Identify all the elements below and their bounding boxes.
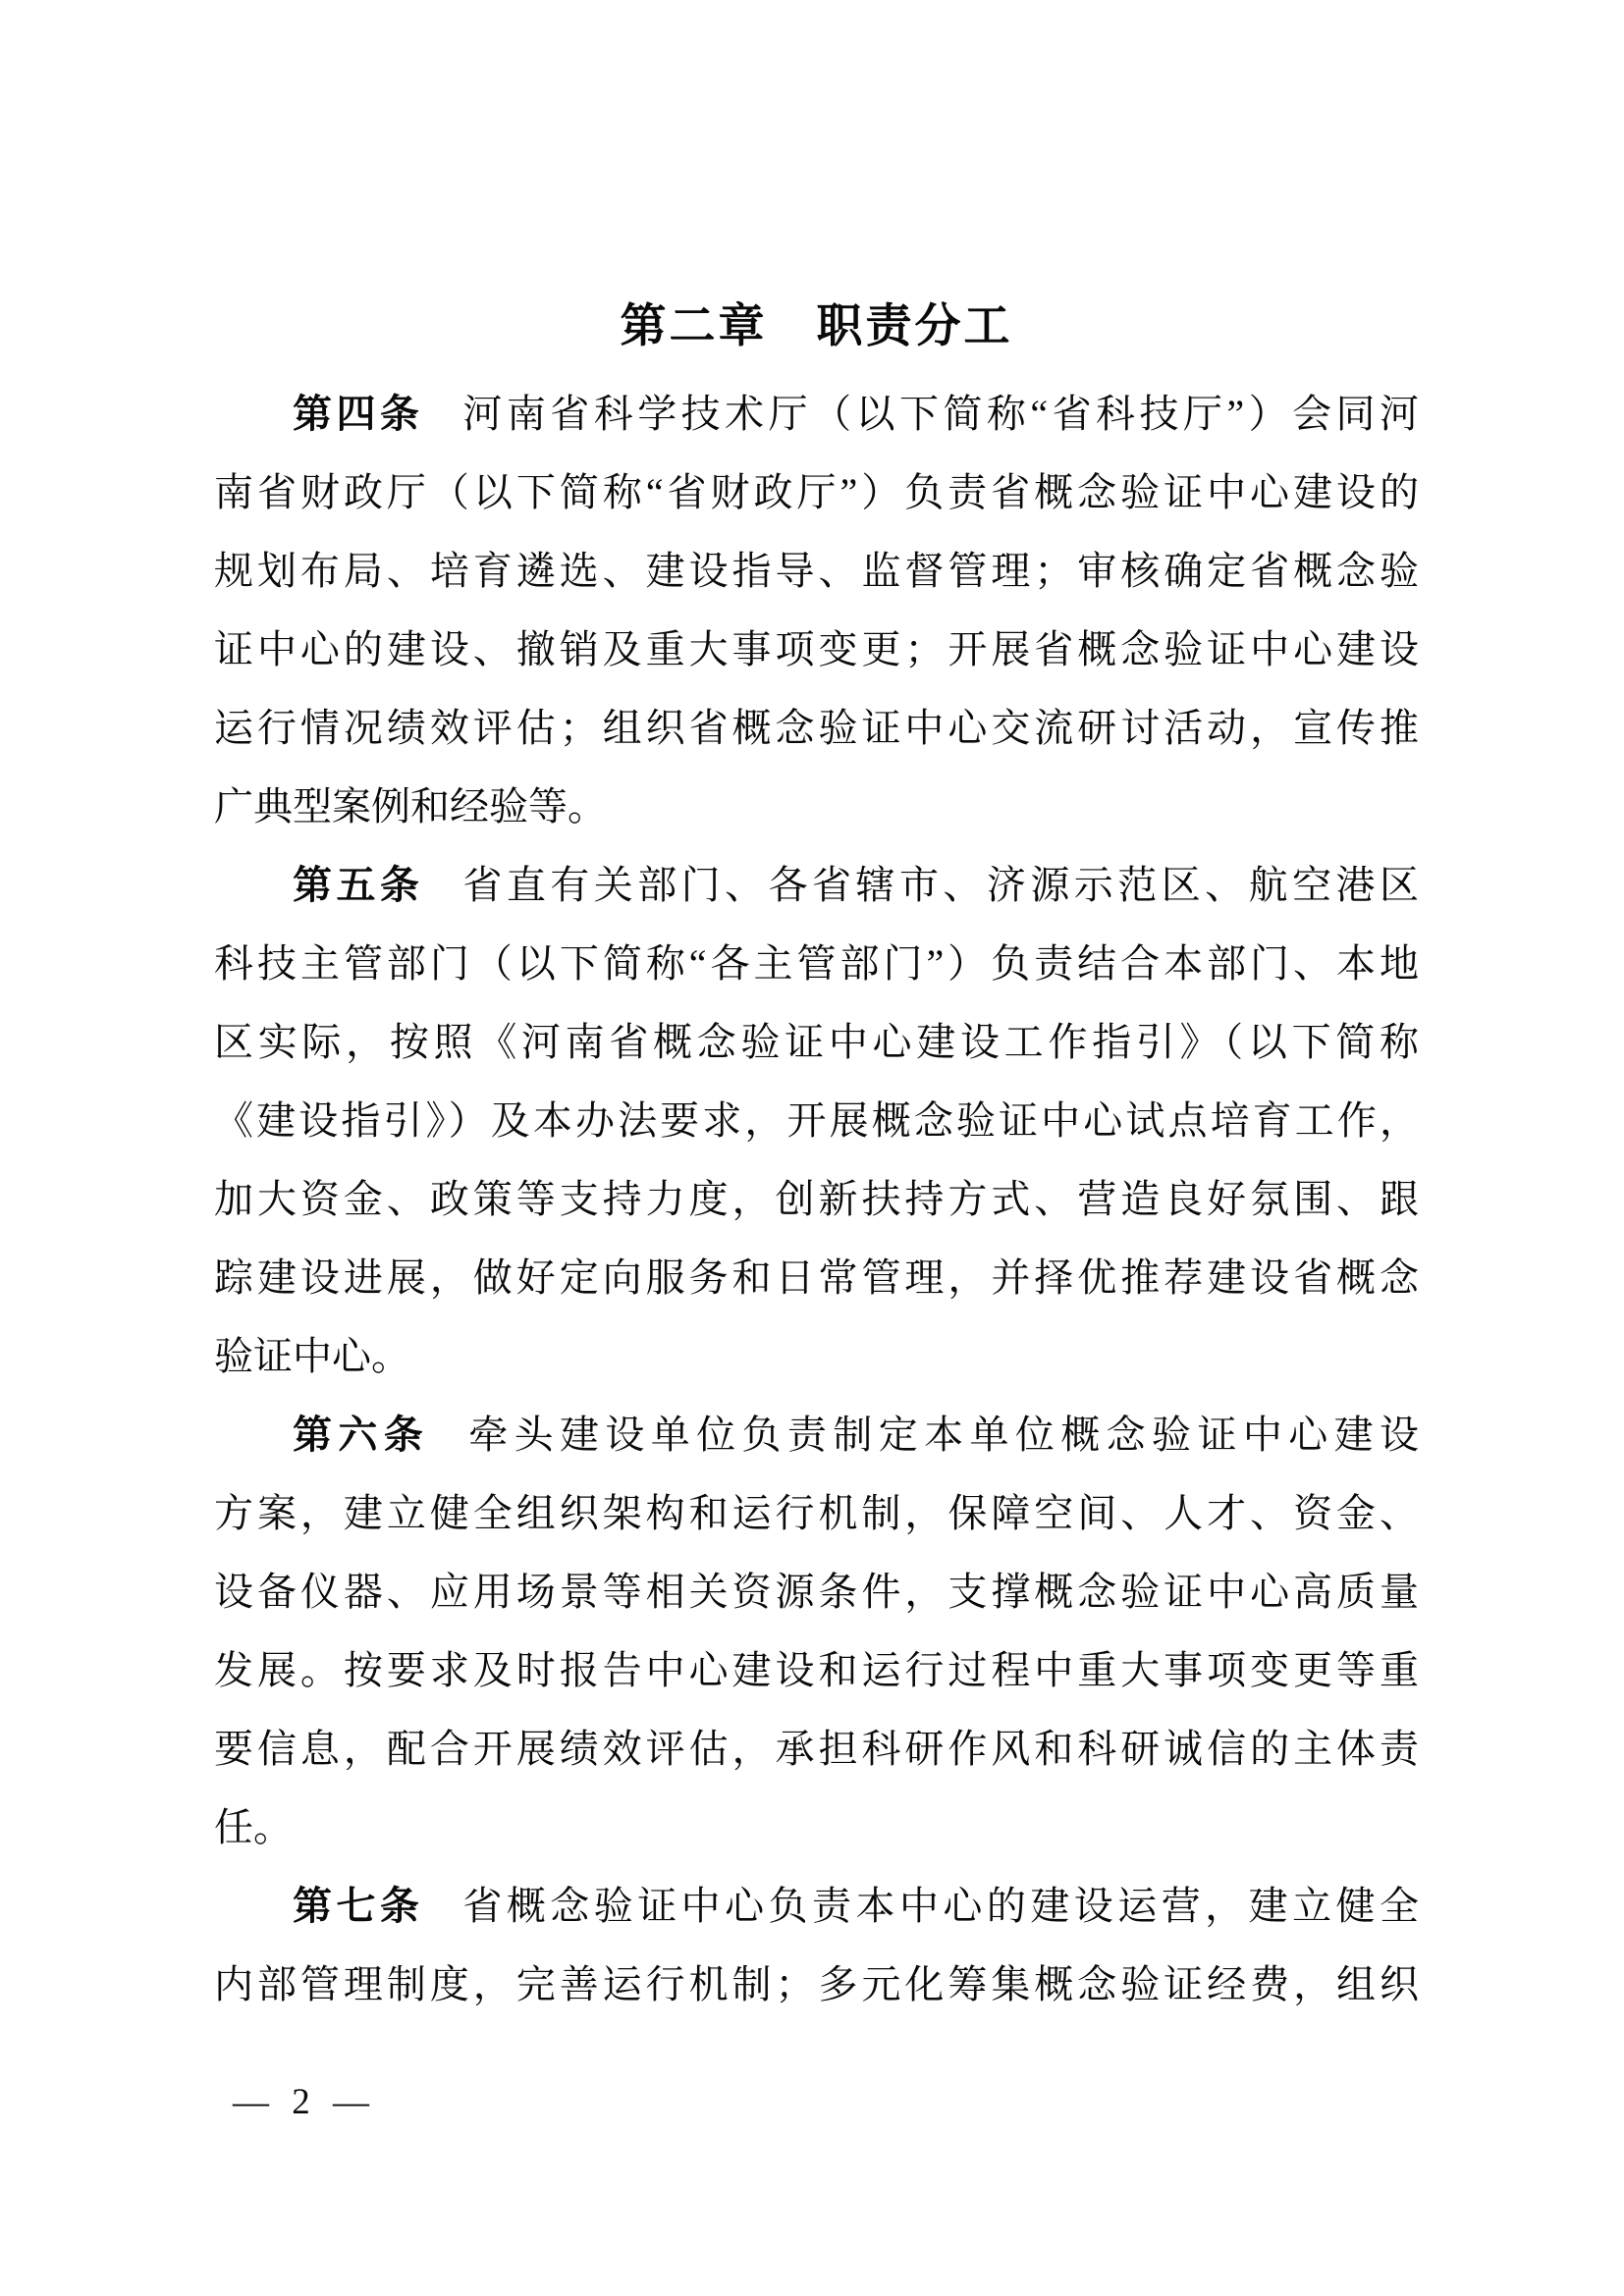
text-line: 任。 <box>214 1789 1419 1867</box>
line-text: 省直有关部门、各省辖市、济源示范区、航空港区 <box>462 863 1419 907</box>
paragraph: 第六条牵头建设单位负责制定本单位概念验证中心建设方案，建立健全组织架构和运行机制… <box>214 1396 1419 1867</box>
text-line: 方案，建立健全组织架构和运行机制，保障空间、人才、资金、 <box>214 1474 1419 1553</box>
text-line: 要信息，配合开展绩效评估，承担科研作风和科研诚信的主体责 <box>214 1710 1419 1789</box>
line-text: 要信息，配合开展绩效评估，承担科研作风和科研诚信的主体责 <box>214 1727 1419 1771</box>
text-line: 区实际，按照《河南省概念验证中心建设工作指引》（以下简称 <box>214 1003 1419 1082</box>
line-text: 牵头建设单位负责制定本单位概念验证中心建设 <box>468 1413 1419 1457</box>
line-text: 规划布局、培育遴选、建设指导、监督管理；审核确定省概念验 <box>214 549 1419 593</box>
paragraph: 第四条河南省科学技术厅（以下简称“省科技厅”）会同河南省财政厅（以下简称“省财政… <box>214 375 1419 846</box>
line-text: 南省财政厅（以下简称“省财政厅”）负责省概念验证中心建设的 <box>214 470 1419 514</box>
paragraph: 第七条省概念验证中心负责本中心的建设运营，建立健全内部管理制度，完善运行机制；多… <box>214 1867 1419 2024</box>
text-line: 科技主管部门（以下简称“各主管部门”）负责结合本部门、本地 <box>214 925 1419 1003</box>
text-line: 广典型案例和经验等。 <box>214 768 1419 846</box>
text-line: 第七条省概念验证中心负责本中心的建设运营，建立健全 <box>214 1867 1419 1946</box>
line-text: 加大资金、政策等支持力度，创新扶持方式、营造良好氛围、跟 <box>214 1177 1419 1221</box>
paragraph: 第五条省直有关部门、各省辖市、济源示范区、航空港区科技主管部门（以下简称“各主管… <box>214 846 1419 1396</box>
article-label: 第五条 <box>293 864 423 907</box>
text-line: 《建设指引》）及本办法要求，开展概念验证中心试点培育工作， <box>214 1082 1419 1160</box>
text-line: 设备仪器、应用场景等相关资源条件，支撑概念验证中心高质量 <box>214 1553 1419 1631</box>
text-line: 发展。按要求及时报告中心建设和运行过程中重大事项变更等重 <box>214 1631 1419 1710</box>
line-text: 内部管理制度，完善运行机制；多元化筹集概念验证经费，组织 <box>214 1962 1419 2006</box>
line-text: 证中心的建设、撤销及重大事项变更；开展省概念验证中心建设 <box>214 627 1419 671</box>
line-text: 任。 <box>214 1805 293 1849</box>
text-line: 加大资金、政策等支持力度，创新扶持方式、营造良好氛围、跟 <box>214 1160 1419 1239</box>
article-label: 第六条 <box>293 1414 429 1457</box>
text-line: 第六条牵头建设单位负责制定本单位概念验证中心建设 <box>214 1396 1419 1474</box>
line-text: 区实际，按照《河南省概念验证中心建设工作指引》（以下简称 <box>214 1020 1419 1064</box>
article-label: 第七条 <box>293 1885 423 1928</box>
text-line: 运行情况绩效评估；组织省概念验证中心交流研讨活动，宣传推 <box>214 689 1419 768</box>
text-line: 证中心的建设、撤销及重大事项变更；开展省概念验证中心建设 <box>214 611 1419 689</box>
text-line: 验证中心。 <box>214 1317 1419 1396</box>
text-line: 南省财政厅（以下简称“省财政厅”）负责省概念验证中心建设的 <box>214 454 1419 532</box>
line-text: 验证中心。 <box>214 1334 410 1378</box>
text-line: 规划布局、培育遴选、建设指导、监督管理；审核确定省概念验 <box>214 532 1419 611</box>
article-label: 第四条 <box>293 393 423 436</box>
paragraphs-container: 第四条河南省科学技术厅（以下简称“省科技厅”）会同河南省财政厅（以下简称“省财政… <box>214 375 1419 2024</box>
chapter-heading: 第二章 职责分工 <box>214 294 1419 357</box>
line-text: 科技主管部门（以下简称“各主管部门”）负责结合本部门、本地 <box>214 941 1419 986</box>
text-line: 内部管理制度，完善运行机制；多元化筹集概念验证经费，组织 <box>214 1946 1419 2024</box>
line-text: 《建设指引》）及本办法要求，开展概念验证中心试点培育工作， <box>214 1098 1419 1143</box>
line-text: 发展。按要求及时报告中心建设和运行过程中重大事项变更等重 <box>214 1648 1419 1692</box>
line-text: 河南省科学技术厅（以下简称“省科技厅”）会同河 <box>462 392 1419 436</box>
document-body: 第二章 职责分工 第四条河南省科学技术厅（以下简称“省科技厅”）会同河南省财政厅… <box>214 294 1419 2024</box>
line-text: 运行情况绩效评估；组织省概念验证中心交流研讨活动，宣传推 <box>214 706 1419 750</box>
line-text: 踪建设进展，做好定向服务和日常管理，并择优推荐建设省概念 <box>214 1255 1419 1300</box>
line-text: 方案，建立健全组织架构和运行机制，保障空间、人才、资金、 <box>214 1491 1419 1535</box>
line-text: 设备仪器、应用场景等相关资源条件，支撑概念验证中心高质量 <box>214 1570 1419 1614</box>
text-line: 踪建设进展，做好定向服务和日常管理，并择优推荐建设省概念 <box>214 1239 1419 1317</box>
text-line: 第四条河南省科学技术厅（以下简称“省科技厅”）会同河 <box>214 375 1419 454</box>
line-text: 广典型案例和经验等。 <box>214 784 607 828</box>
text-line: 第五条省直有关部门、各省辖市、济源示范区、航空港区 <box>214 846 1419 925</box>
page-number: — 2 — <box>233 2083 376 2122</box>
line-text: 省概念验证中心负责本中心的建设运营，建立健全 <box>462 1884 1419 1928</box>
